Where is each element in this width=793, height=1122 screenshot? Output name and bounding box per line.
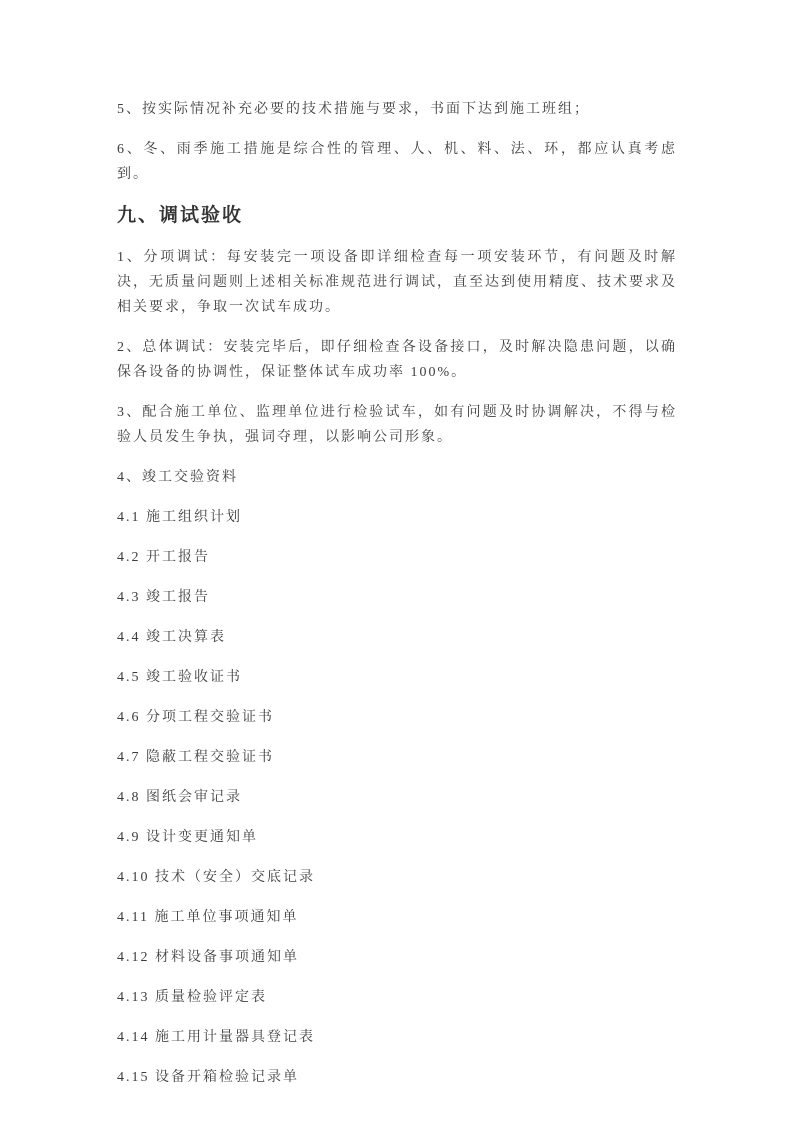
list-item-4-12: 4.12 材料设备事项通知单	[117, 945, 677, 970]
list-item-4-15: 4.15 设备开箱检验记录单	[117, 1065, 677, 1090]
list-item-4-7: 4.7 隐蔽工程交验证书	[117, 745, 677, 770]
section-heading-9-commissioning-acceptance: 九、调试验收	[117, 202, 677, 229]
list-item-4-4: 4.4 竣工决算表	[117, 625, 677, 650]
paragraph-item-1-subsystem-commissioning: 1、分项调试：每安装完一项设备即详细检查每一项安装环节，有问题及时解决，无质量问…	[117, 245, 677, 320]
paragraph-item-2-overall-commissioning: 2、总体调试：安装完毕后，即仔细检查各设备接口，及时解决隐患问题，以确保各设备的…	[117, 335, 677, 385]
list-item-4-8: 4.8 图纸会审记录	[117, 785, 677, 810]
list-item-4-3: 4.3 竣工报告	[117, 585, 677, 610]
paragraph-item-6: 6、冬、雨季施工措施是综合性的管理、人、机、料、法、环，都应认真考虑到。	[117, 137, 677, 187]
paragraph-item-5: 5、按实际情况补充必要的技术措施与要求，书面下达到施工班组；	[117, 97, 677, 122]
list-item-4-13: 4.13 质量检验评定表	[117, 985, 677, 1010]
list-item-4-2: 4.2 开工报告	[117, 545, 677, 570]
list-item-4-5: 4.5 竣工验收证书	[117, 665, 677, 690]
list-item-4-6: 4.6 分项工程交验证书	[117, 705, 677, 730]
list-item-4-1: 4.1 施工组织计划	[117, 505, 677, 530]
list-item-4-11: 4.11 施工单位事项通知单	[117, 905, 677, 930]
paragraph-item-3-cooperation: 3、配合施工单位、监理单位进行检验试车，如有问题及时协调解决，不得与检验人员发生…	[117, 400, 677, 450]
list-item-4-10: 4.10 技术（安全）交底记录	[117, 865, 677, 890]
list-item-4-9: 4.9 设计变更通知单	[117, 825, 677, 850]
document-page: 5、按实际情况补充必要的技术措施与要求，书面下达到施工班组； 6、冬、雨季施工措…	[0, 0, 793, 1122]
list-item-4-14: 4.14 施工用计量器具登记表	[117, 1025, 677, 1050]
paragraph-item-4-handover-documents: 4、竣工交验资料	[117, 465, 677, 490]
